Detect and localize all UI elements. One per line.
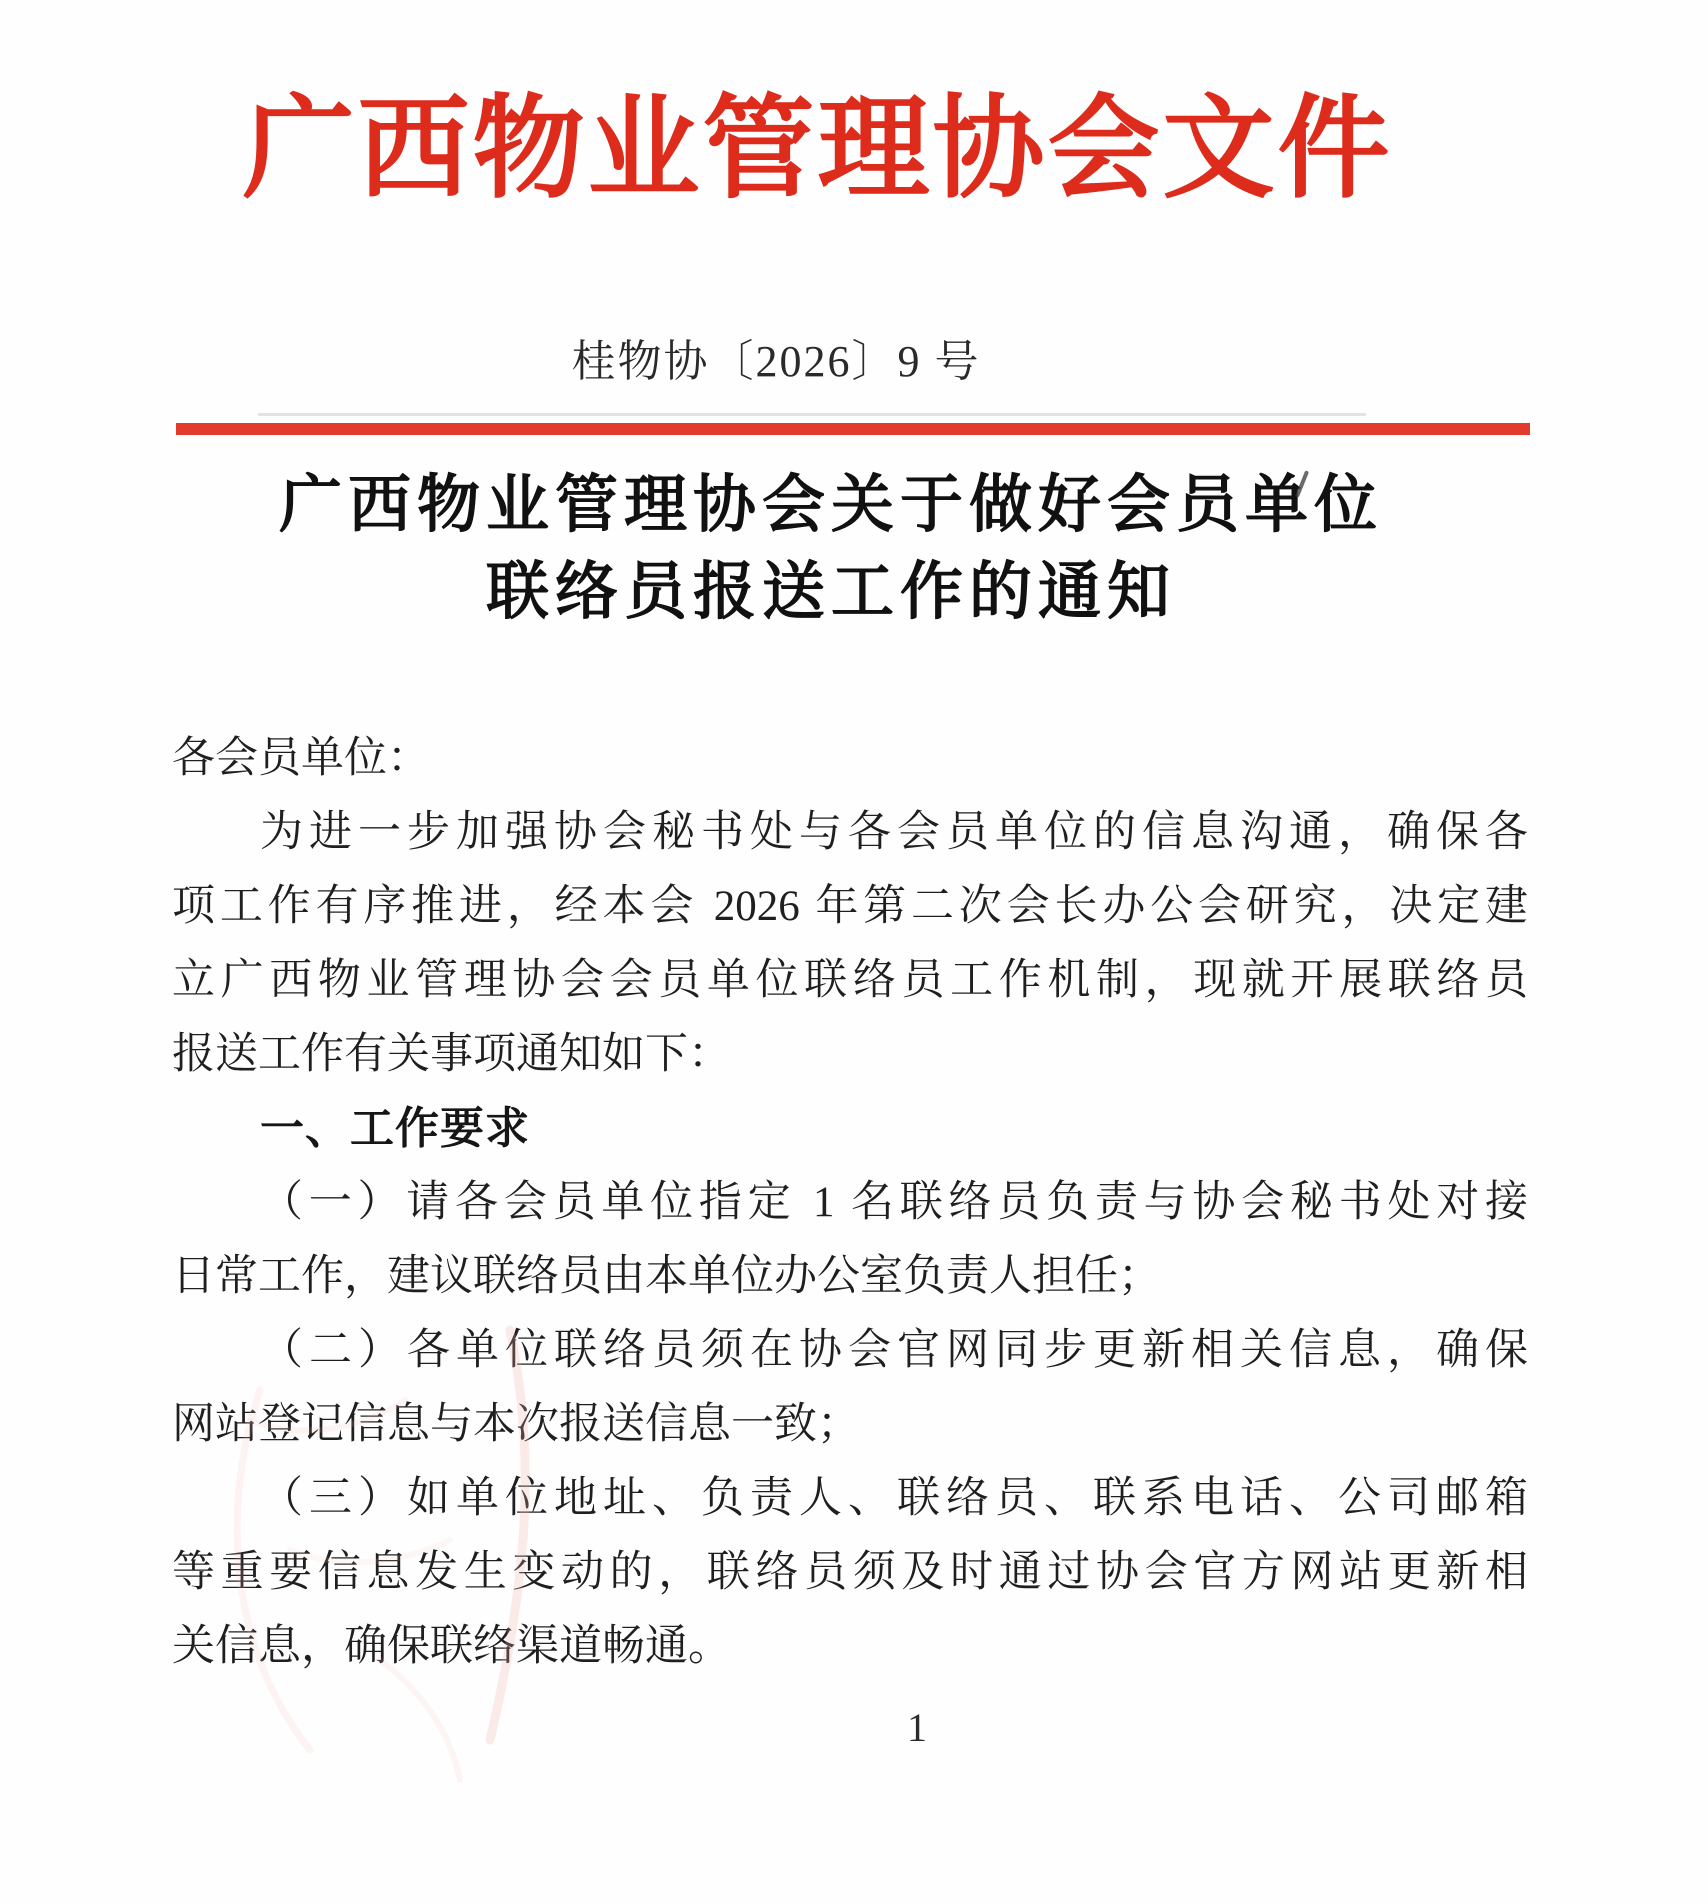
letterhead-title: 广西物业管理协会文件 (0, 84, 1635, 216)
page-number: 1 (0, 1704, 1708, 1752)
body-line: 报送工作有关事项通知如下： (172, 1018, 1528, 1092)
document-title-line2: 联络员报送工作的通知 (0, 549, 1662, 636)
body-line: （二）各单位联络员须在协会官网同步更新相关信息，确保 (172, 1314, 1528, 1388)
body-line: 项工作有序推进，经本会 2026 年第二次会长办公会研究，决定建 (172, 870, 1528, 944)
scan-artifact-line (258, 413, 1366, 416)
red-separator-rule (176, 423, 1530, 435)
body-line: 等重要信息发生变动的，联络员须及时通过协会官方网站更新相 (172, 1536, 1528, 1610)
body-line: 立广西物业管理协会会员单位联络员工作机制，现就开展联络员 (172, 944, 1528, 1018)
body-section-heading: 一、工作要求 (172, 1092, 1528, 1166)
scanned-document-page: 广西物业管理协会文件 桂物协〔2026〕9 号 广西物业管理协会关于做好会员单位… (0, 0, 1708, 1904)
body-line: （一）请各会员单位指定 1 名联络员负责与协会秘书处对接 (172, 1166, 1528, 1240)
document-number: 桂物协〔2026〕9 号 (0, 334, 1552, 390)
body-line: 各会员单位： (172, 722, 1528, 796)
body-line: 日常工作，建议联络员由本单位办公室负责人担任； (172, 1240, 1528, 1314)
document-body: 各会员单位： 为进一步加强协会秘书处与各会员单位的信息沟通，确保各 项工作有序推… (172, 722, 1528, 1684)
body-line: 为进一步加强协会秘书处与各会员单位的信息沟通，确保各 (172, 796, 1528, 870)
body-line: 网站登记信息与本次报送信息一致； (172, 1388, 1528, 1462)
body-line: 关信息，确保联络渠道畅通。 (172, 1610, 1528, 1684)
body-line: （三）如单位地址、负责人、联络员、联系电话、公司邮箱 (172, 1462, 1528, 1536)
document-title-line1: 广西物业管理协会关于做好会员单位 (0, 462, 1662, 549)
